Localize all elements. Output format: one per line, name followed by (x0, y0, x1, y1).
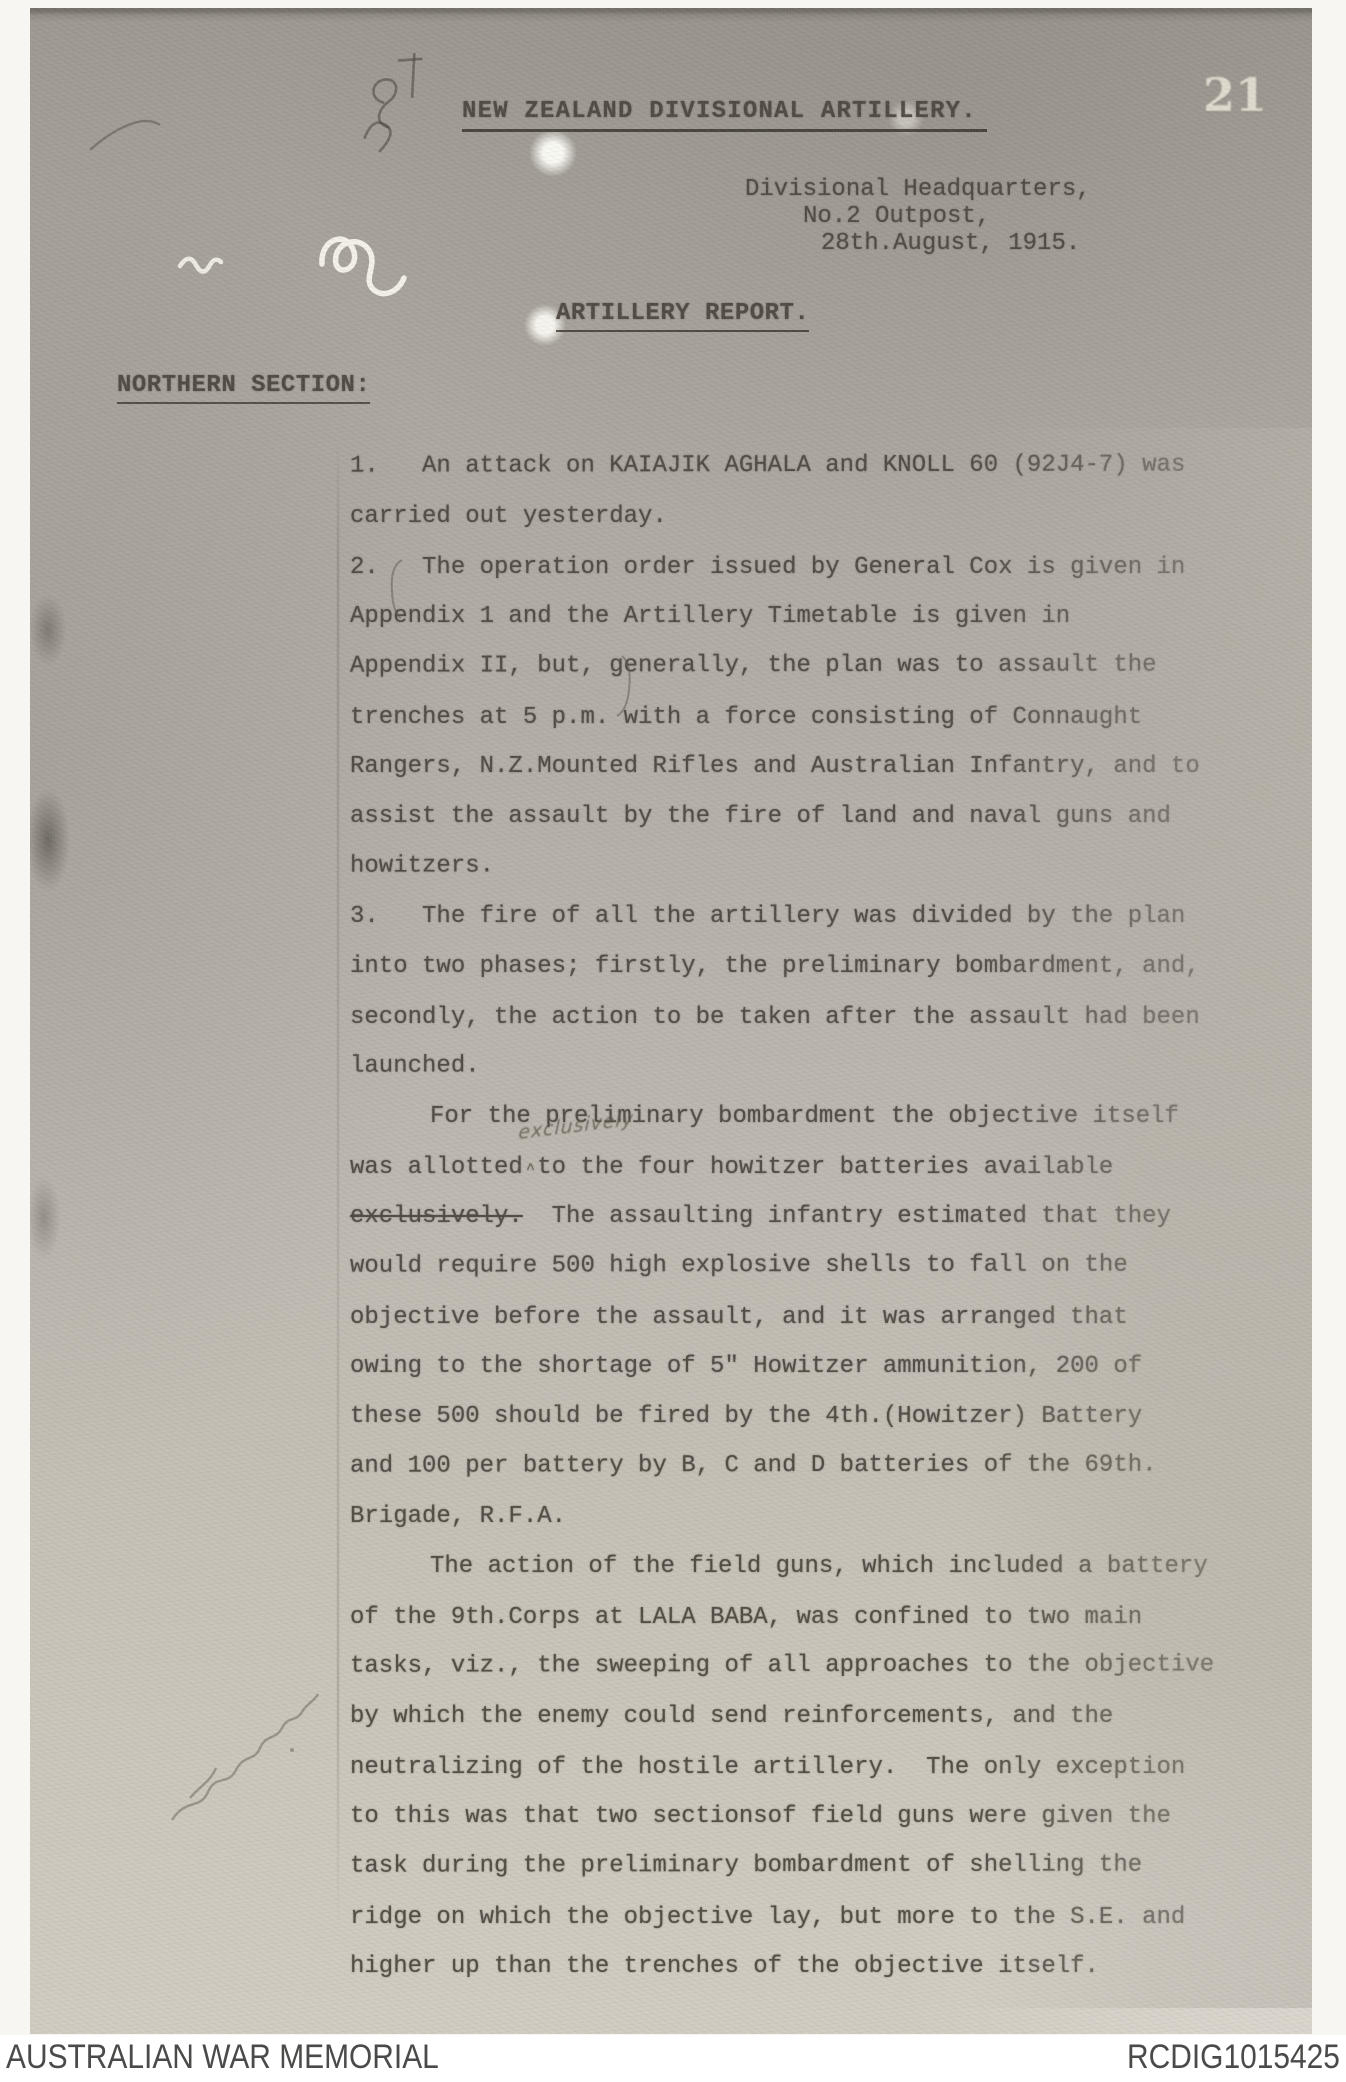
typed-line: secondly, the action to be taken after t… (350, 993, 1280, 1043)
typed-line: carried out yesterday. (350, 492, 1280, 542)
typed-line: by which the enemy could send reinforcem… (350, 1692, 1280, 1742)
struck-word: exclusively. (350, 1203, 523, 1230)
address-line: No.2 Outpost, (745, 203, 1091, 230)
typed-line: The action of the field guns, which incl… (350, 1542, 1280, 1592)
typed-line: Brigade, R.F.A. (350, 1492, 1280, 1542)
typed-line: For the preliminary bombardment the obje… (350, 1092, 1280, 1142)
typed-line: Rangers, N.Z.Mounted Rifles and Australi… (350, 742, 1280, 792)
typed-line: ridge on which the objective lay, but mo… (350, 1893, 1280, 1943)
typed-line: into two phases; firstly, the preliminar… (350, 942, 1280, 992)
typed-line: 3. The fire of all the artillery was div… (350, 892, 1280, 942)
typed-line: would require 500 high explosive shells … (350, 1240, 1280, 1291)
typed-line: howitzers. (350, 840, 1280, 891)
typed-line: trenches at 5 p.m. with a force consisti… (350, 693, 1280, 743)
typed-line: was allotted to the four howitzer batter… (350, 1143, 1280, 1193)
paper-crease-line (337, 440, 339, 1930)
pencil-check-mark (90, 121, 160, 150)
typed-line: of the 9th.Corps at LALA BABA, was confi… (350, 1593, 1280, 1643)
typed-line: owing to the shortage of 5" Howitzer amm… (350, 1342, 1280, 1392)
report-heading-text: ARTILLERY REPORT. (556, 300, 809, 332)
typed-line: exclusively. The assaulting infantry est… (350, 1192, 1280, 1242)
typed-line: 1. An attack on KAIAJIK AGHALA and KNOLL… (350, 440, 1280, 491)
typed-line: to this was that two sectionsof field gu… (350, 1792, 1280, 1842)
address-line: Divisional Headquarters, (745, 176, 1091, 203)
scanner-footer: AUSTRALIAN WAR MEMORIAL RCDIG1015425 (0, 2035, 1346, 2082)
corner-pencil-mark (344, 51, 446, 155)
section-heading: NORTHERN SECTION: (117, 372, 370, 404)
typed-line: task during the preliminary bombardment … (350, 1840, 1280, 1891)
page-number-stamp: 21 (1203, 68, 1267, 122)
edge-smudge (30, 770, 78, 910)
typed-line: and 100 per battery by B, C and D batter… (350, 1440, 1280, 1491)
typed-line: objective before the assault, and it was… (350, 1293, 1280, 1343)
archive-name: AUSTRALIAN WAR MEMORIAL (6, 2038, 439, 2077)
address-block: Divisional Headquarters, No.2 Outpost, 2… (745, 176, 1091, 257)
white-ink-squiggle (180, 239, 404, 293)
section-heading-text: NORTHERN SECTION: (117, 372, 370, 404)
typed-line: Appendix II, but, generally, the plan wa… (350, 640, 1280, 691)
document-title-text: NEW ZEALAND DIVISIONAL ARTILLERY. (462, 98, 987, 132)
typed-line: launched. (350, 1040, 1280, 1091)
margin-pencil-signature (172, 1694, 318, 1820)
date-line: 28th.August, 1915. (745, 230, 1091, 257)
typed-body: 1. An attack on KAIAJIK AGHALA and KNOLL… (350, 442, 1280, 1992)
edge-smudge (30, 1158, 68, 1278)
typed-line: neutralizing of the hostile artillery. T… (350, 1743, 1280, 1793)
typed-line: these 500 should be fired by the 4th.(Ho… (350, 1392, 1280, 1442)
record-id: RCDIG1015425 (1127, 2038, 1340, 2077)
document-photo: 21 NEW ZEALAND DIVISIONAL ARTILLERY. Div… (30, 8, 1312, 2034)
typed-line: assist the assault by the fire of land a… (350, 792, 1280, 842)
typed-line: higher up than the trenches of the objec… (350, 1942, 1280, 1992)
document-title: NEW ZEALAND DIVISIONAL ARTILLERY. (462, 98, 987, 132)
typed-line: 2. The operation order issued by General… (350, 543, 1280, 593)
typed-line: tasks, viz., the sweeping of all approac… (350, 1640, 1280, 1691)
scanned-page: 21 NEW ZEALAND DIVISIONAL ARTILLERY. Div… (0, 0, 1346, 2082)
typed-line: Appendix 1 and the Artillery Timetable i… (350, 592, 1280, 642)
edge-smudge (30, 580, 74, 680)
report-heading: ARTILLERY REPORT. (556, 300, 809, 332)
insertion-caret: ^ (526, 1163, 535, 1177)
